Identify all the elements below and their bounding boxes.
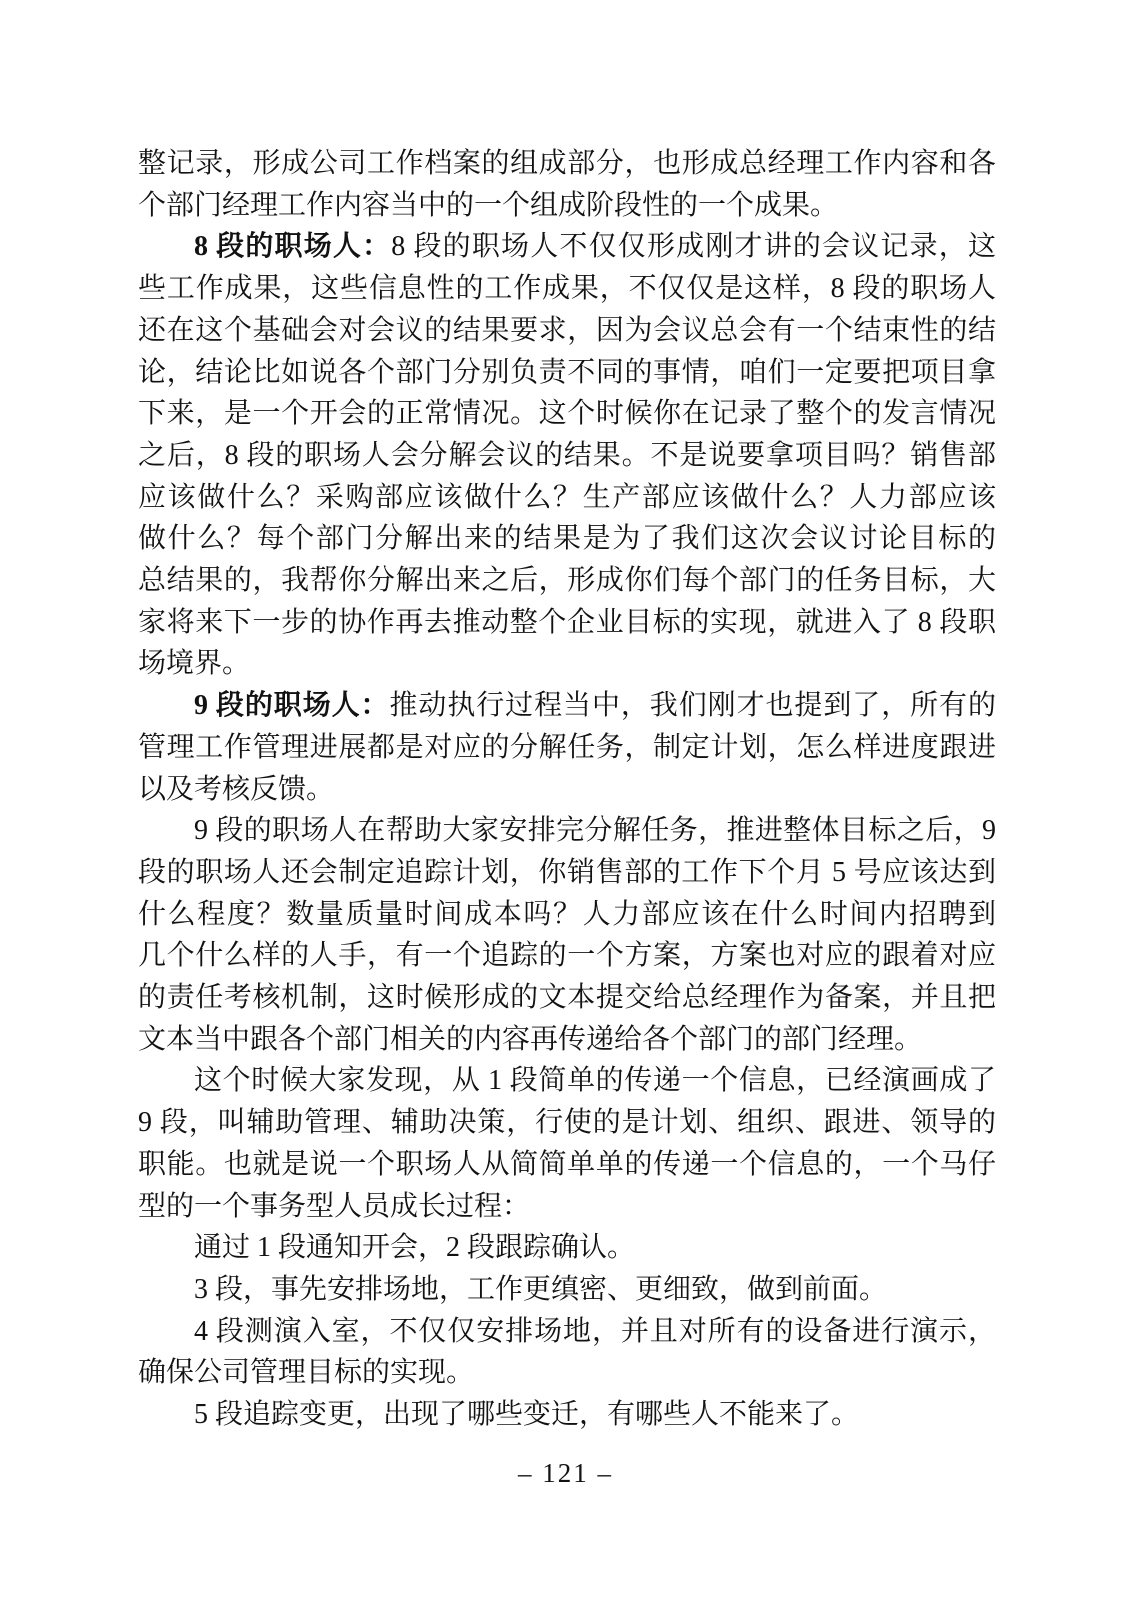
text-line: 整记录，形成公司工作档案的组成部分，也形成总经理工作内容和各 — [138, 143, 996, 185]
text-line: 4 段测演入室，不仅仅安排场地，并且对所有的设备进行演示， — [138, 1311, 996, 1353]
text-line: 些工作成果，这些信息性的工作成果，不仅仅是这样，8 段的职场人 — [138, 268, 996, 310]
page-footer: – 121 – — [0, 1458, 1131, 1489]
text-line: 论，结论比如说各个部门分别负责不同的事情，咱们一定要把项目拿 — [138, 352, 996, 394]
text-line: 家将来下一步的协作再去推动整个企业目标的实现，就进入了 8 段职 — [138, 602, 996, 644]
text-line: 职能。也就是说一个职场人从简简单单的传递一个信息的，一个马仔 — [138, 1144, 996, 1186]
text-line: 管理工作管理进展都是对应的分解任务，制定计划，怎么样进度跟进 — [138, 727, 996, 769]
text-line: 下来，是一个开会的正常情况。这个时候你在记录了整个的发言情况 — [138, 393, 996, 435]
document-page: 整记录，形成公司工作档案的组成部分，也形成总经理工作内容和各个部门经理工作内容当… — [0, 0, 1131, 1600]
document-body: 整记录，形成公司工作档案的组成部分，也形成总经理工作内容和各个部门经理工作内容当… — [138, 143, 996, 1436]
paragraph-lead: 8 段的职场人： — [194, 231, 391, 262]
text-line: 的责任考核机制，这时候形成的文本提交给总经理作为备案，并且把 — [138, 977, 996, 1019]
text-line: 什么程度？数量质量时间成本吗？人力部应该在什么时间内招聘到 — [138, 894, 996, 936]
text-line: 个部门经理工作内容当中的一个组成阶段性的一个成果。 — [138, 185, 996, 227]
text-line: 总结果的，我帮你分解出来之后，形成你们每个部门的任务目标，大 — [138, 560, 996, 602]
text-line: 8 段的职场人：8 段的职场人不仅仅形成刚才讲的会议记录，这 — [138, 226, 996, 268]
text-line: 9 段的职场人在帮助大家安排完分解任务，推进整体目标之后，9 — [138, 810, 996, 852]
text-line: 段的职场人还会制定追踪计划，你销售部的工作下个月 5 号应该达到 — [138, 852, 996, 894]
text-line: 确保公司管理目标的实现。 — [138, 1352, 996, 1394]
text-line: 这个时候大家发现，从 1 段简单的传递一个信息，已经演画成了 — [138, 1060, 996, 1102]
text-line: 9 段的职场人：推动执行过程当中，我们刚才也提到了，所有的 — [138, 685, 996, 727]
text-line: 几个什么样的人手，有一个追踪的一个方案，方案也对应的跟着对应 — [138, 935, 996, 977]
text-line: 通过 1 段通知开会，2 段跟踪确认。 — [138, 1227, 996, 1269]
paragraph-lead: 9 段的职场人： — [194, 690, 389, 721]
text-line: 文本当中跟各个部门相关的内容再传递给各个部门的部门经理。 — [138, 1019, 996, 1061]
text-line: 场境界。 — [138, 643, 996, 685]
text-line: 5 段追踪变更，出现了哪些变迁，有哪些人不能来了。 — [138, 1394, 996, 1436]
page-number: – 121 – — [518, 1458, 613, 1488]
text-line: 还在这个基础会对会议的结果要求，因为会议总会有一个结束性的结 — [138, 310, 996, 352]
text-line: 做什么？每个部门分解出来的结果是为了我们这次会议讨论目标的 — [138, 518, 996, 560]
text-line: 9 段，叫辅助管理、辅助决策，行使的是计划、组织、跟进、领导的 — [138, 1102, 996, 1144]
text-line: 应该做什么？采购部应该做什么？生产部应该做什么？人力部应该 — [138, 477, 996, 519]
text-line: 3 段，事先安排场地，工作更缜密、更细致，做到前面。 — [138, 1269, 996, 1311]
text-line: 型的一个事务型人员成长过程： — [138, 1186, 996, 1228]
text-line: 之后，8 段的职场人会分解会议的结果。不是说要拿项目吗？销售部 — [138, 435, 996, 477]
text-line: 以及考核反馈。 — [138, 769, 996, 811]
